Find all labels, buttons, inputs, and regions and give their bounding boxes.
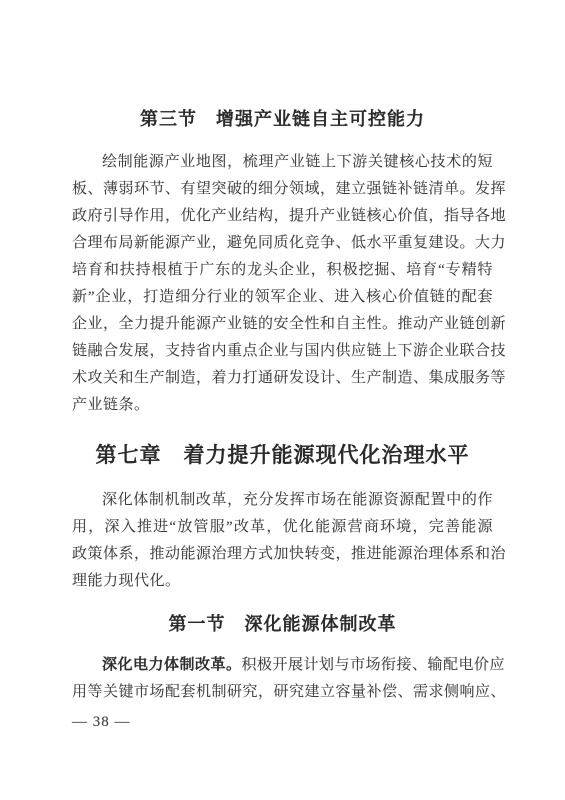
body-line: 企业，全力提升能源产业链的安全性和自主性。推动产业链创新 bbox=[72, 311, 493, 338]
body-run: 积极开展计划与市场衔接、输配电价应 bbox=[242, 657, 506, 673]
body-line: 新”企业，打造细分行业的领军企业、进入核心价值链的配套 bbox=[72, 284, 493, 311]
body-line: 术攻关和生产制造，着力打通研发设计、生产制造、集成服务等 bbox=[72, 365, 493, 392]
body-line: 理能力现代化。 bbox=[72, 568, 493, 595]
body-line: 绘制能源产业地图，梳理产业链上下游关键核心技术的短 bbox=[72, 149, 493, 176]
paragraph-governance: 深化体制机制改革，充分发挥市场在能源资源配置中的作 用，深入推进“放管服”改革，… bbox=[72, 487, 493, 595]
section-heading-1: 第一节 深化能源体制改革 bbox=[72, 612, 493, 636]
body-line: 板、薄弱环节、有望突破的细分领域，建立强链补链清单。发挥 bbox=[72, 176, 493, 203]
body-line: 培育和扶持根植于广东的龙头企业，积极挖掘、培育“专精特 bbox=[72, 257, 493, 284]
body-line: 产业链条。 bbox=[72, 392, 493, 419]
body-line: 政策体系，推动能源治理方式加快转变，推进能源治理体系和治 bbox=[72, 541, 493, 568]
body-line: 链融合发展，支持省内重点企业与国内供应链上下游企业联合技 bbox=[72, 338, 493, 365]
page-number: — 38 — bbox=[72, 713, 493, 731]
body-line: 深化体制机制改革，充分发挥市场在能源资源配置中的作 bbox=[72, 487, 493, 514]
body-line: 用，深入推进“放管服”改革，优化能源营商环境，完善能源 bbox=[72, 514, 493, 541]
paragraph-industry-chain: 绘制能源产业地图，梳理产业链上下游关键核心技术的短 板、薄弱环节、有望突破的细分… bbox=[72, 149, 493, 419]
body-line: 用等关键市场配套机制研究，研究建立容量补偿、需求侧响应、 bbox=[72, 679, 493, 706]
chapter-heading-7: 第七章 着力提升能源现代化治理水平 bbox=[72, 441, 493, 469]
paragraph-power-reform: 深化电力体制改革。积极开展计划与市场衔接、输配电价应 用等关键市场配套机制研究，… bbox=[72, 652, 493, 706]
bold-run: 深化电力体制改革。 bbox=[102, 657, 242, 673]
document-page: 第三节 增强产业链自主可控能力 绘制能源产业地图，梳理产业链上下游关键核心技术的… bbox=[0, 0, 565, 800]
body-line: 政府引导作用，优化产业结构，提升产业链核心价值，指导各地 bbox=[72, 203, 493, 230]
page-content: 第三节 增强产业链自主可控能力 绘制能源产业地图，梳理产业链上下游关键核心技术的… bbox=[0, 107, 565, 731]
body-line: 合理布局新能源产业，避免同质化竞争、低水平重复建设。大力 bbox=[72, 230, 493, 257]
section-heading-3: 第三节 增强产业链自主可控能力 bbox=[72, 107, 493, 131]
body-line: 深化电力体制改革。积极开展计划与市场衔接、输配电价应 bbox=[72, 652, 493, 679]
